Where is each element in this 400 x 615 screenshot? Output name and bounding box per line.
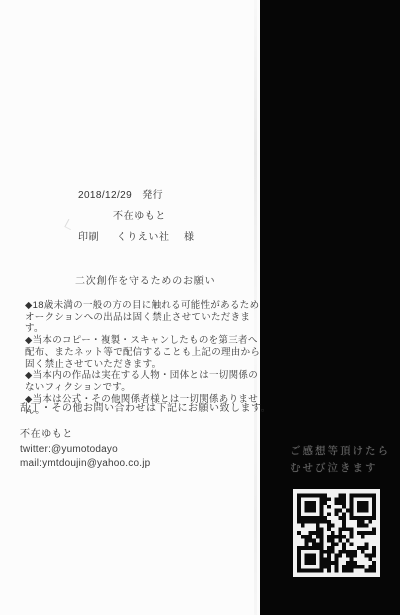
feedback-message-line1: ご感想等頂けたら [290,446,390,457]
notice-item: ◆18歳未満の一般の方の目に触れる可能性があるためオークションへの出品は固く禁止… [25,300,265,335]
qr-code [293,489,380,577]
diamond-bullet-icon: ◆ [25,300,33,311]
feedback-message-line2: むせび泣きます [290,463,378,474]
page-container: 2018/12/29 発行 不在ゆもと 印刷 くりえい社 様 二次創作を守るため… [0,0,400,615]
printer-label: 印刷 [78,232,99,243]
contact-name: 不在ゆもと [20,430,73,440]
diamond-bullet-icon: ◆ [25,370,33,381]
notice-item-text: 当本内の作品は実在する人物・団体とは一切関係のないフィクションです。 [25,370,258,393]
printer-line: 印刷 くりえい社 様 [78,233,195,243]
scan-smudge [64,219,74,230]
notice-item: ◆当本のコピー・複製・スキャンしたものを第三者へ配布、またネット等で配信すること… [25,335,265,370]
notice-item: ◆当本内の作品は実在する人物・団体とは一切関係のないフィクションです。 [25,370,265,393]
contact-twitter: twitter:@yumotodayo [20,445,118,455]
publication-date: 2018/12/29 [78,190,132,201]
notice-heading: 二次創作を守るためのお願い [75,277,215,287]
author-name: 不在ゆもと [113,212,166,222]
diamond-bullet-icon: ◆ [25,335,33,346]
publication-date-label: 発行 [142,190,163,201]
contact-mail: mail:ymtdoujin@yahoo.co.jp [20,459,150,469]
printer-honorific: 様 [184,232,195,243]
publication-date-line: 2018/12/29 発行 [78,191,163,201]
notice-item-text: 18歳未満の一般の方の目に触れる可能性があるためオークションへの出品は固く禁止さ… [25,300,259,334]
notice-item-text: 当本のコピー・複製・スキャンしたものを第三者へ配布、またネット等で配信することも… [25,335,260,369]
notice-list: ◆18歳未満の一般の方の目に触れる可能性があるためオークションへの出品は固く禁止… [25,300,265,417]
printer-name: くりえい社 [117,232,170,243]
contact-intro: 乱丁・その他お問い合わせは下記にお願い致します。 [20,404,271,414]
